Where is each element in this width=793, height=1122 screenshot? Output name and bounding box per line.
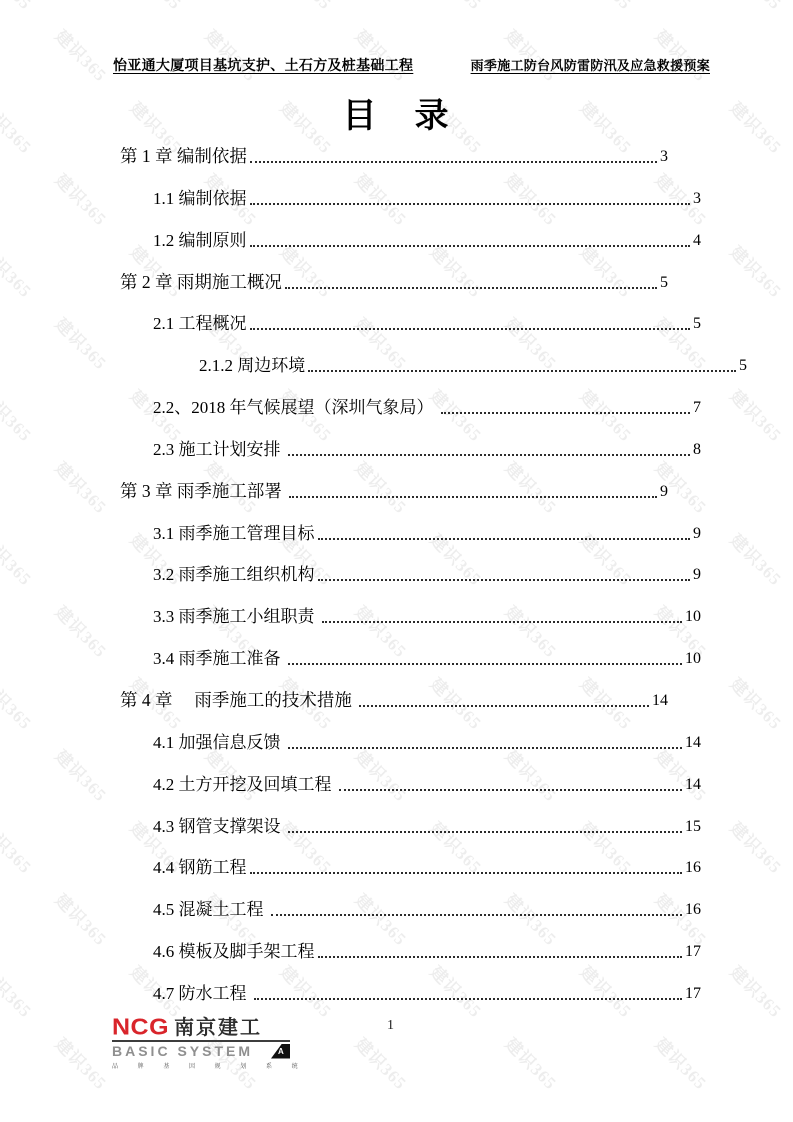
- toc-entry-page: 9: [693, 564, 701, 585]
- toc-entry-page: 14: [652, 690, 668, 711]
- toc-entry-label: 4.1 加强信息反馈: [153, 732, 285, 753]
- toc-entry-label: 第 2 章 雨期施工概况: [120, 272, 282, 293]
- toc-leader-dots: [254, 998, 682, 1000]
- toc-entry-page: 17: [685, 941, 701, 962]
- toc-entry[interactable]: 第 2 章 雨期施工概况 5: [120, 272, 668, 314]
- toc-entry[interactable]: 4.5 混凝土工程 16: [120, 899, 668, 941]
- toc-entry[interactable]: 4.3 钢管支撑架设 15: [120, 816, 668, 858]
- page-title: 目 录: [0, 97, 793, 138]
- toc-entry-page: 10: [685, 606, 701, 627]
- toc-leader-dots: [288, 747, 682, 749]
- toc-entry-label: 第 4 章 雨季施工的技术措施: [120, 690, 356, 711]
- toc-entry-label: 4.4 钢筋工程: [153, 857, 247, 878]
- page-number: 1: [0, 1018, 781, 1034]
- toc-entry-page: 3: [693, 188, 701, 209]
- toc-entry-page: 5: [660, 272, 668, 293]
- toc-entry-page: 3: [660, 146, 668, 167]
- toc-entry-page: 16: [685, 899, 701, 920]
- document-header: 怡亚通大厦项目基坑支护、土石方及桩基础工程 雨季施工防台风防雷防汛及应急救援预案: [113, 55, 710, 75]
- toc-entry-label: 3.1 雨季施工管理目标: [153, 523, 315, 544]
- toc-leader-dots: [322, 621, 682, 623]
- toc-leader-dots: [271, 914, 682, 916]
- toc-entry-label: 4.2 土方开挖及回填工程: [153, 774, 336, 795]
- toc-entry[interactable]: 4.1 加强信息反馈 14: [120, 732, 668, 774]
- toc-entry[interactable]: 2.2、2018 年气候展望（深圳气象局） 7: [120, 397, 668, 439]
- logo-tagline: 品 牌 基 因 规 划 系 统: [112, 1061, 290, 1070]
- toc-leader-dots: [318, 956, 683, 958]
- header-right-title: 雨季施工防台风防雷防汛及应急救援预案: [471, 55, 710, 74]
- toc-entry-label: 4.3 钢管支撑架设: [153, 816, 285, 837]
- toc-entry[interactable]: 3.2 雨季施工组织机构 9: [120, 564, 668, 606]
- toc-leader-dots: [250, 245, 691, 247]
- toc-entry[interactable]: 3.4 雨季施工准备 10: [120, 648, 668, 690]
- toc-leader-dots: [288, 831, 682, 833]
- toc-leader-dots: [318, 538, 691, 540]
- triangle-logo-icon: A: [271, 1044, 290, 1059]
- logo-subbrand-text: BASIC SYSTEM: [112, 1043, 253, 1059]
- toc-entry-page: 9: [660, 481, 668, 502]
- toc-entry-label: 1.1 编制依据: [153, 188, 247, 209]
- toc-entry-label: 1.2 编制原则: [153, 230, 247, 251]
- toc-entry-label: 3.3 雨季施工小组职责: [153, 606, 319, 627]
- toc-leader-dots: [250, 328, 691, 330]
- toc-leader-dots: [288, 663, 682, 665]
- toc-entry[interactable]: 第 4 章 雨季施工的技术措施 14: [120, 690, 668, 732]
- toc-list: 第 1 章 编制依据 3 1.1 编制依据 3 1.2 编制原则 4 第 2 章…: [120, 146, 668, 1025]
- toc-leader-dots: [250, 161, 657, 163]
- toc-leader-dots: [308, 370, 736, 372]
- toc-entry-label: 4.7 防水工程: [153, 983, 251, 1004]
- toc-entry-page: 8: [693, 439, 701, 460]
- logo-subbrand-row: BASIC SYSTEM A: [112, 1043, 290, 1059]
- toc-entry-page: 5: [693, 313, 701, 334]
- toc-leader-dots: [288, 454, 690, 456]
- toc-leader-dots: [339, 789, 682, 791]
- toc-entry[interactable]: 2.3 施工计划安排 8: [120, 439, 668, 481]
- toc-entry-page: 17: [685, 983, 701, 1004]
- toc-entry[interactable]: 1.1 编制依据 3: [120, 188, 668, 230]
- toc-leader-dots: [289, 496, 657, 498]
- document-page: 怡亚通大厦项目基坑支护、土石方及桩基础工程 雨季施工防台风防雷防汛及应急救援预案…: [0, 0, 793, 1122]
- toc-entry[interactable]: 4.2 土方开挖及回填工程 14: [120, 774, 668, 816]
- toc-entry-label: 第 1 章 编制依据: [120, 146, 247, 167]
- header-left-title: 怡亚通大厦项目基坑支护、土石方及桩基础工程: [113, 55, 413, 75]
- toc-entry-label: 2.2、2018 年气候展望（深圳气象局）: [153, 397, 438, 418]
- toc-entry-label: 第 3 章 雨季施工部署: [120, 481, 286, 502]
- toc-entry[interactable]: 2.1 工程概况 5: [120, 313, 668, 355]
- toc-entry-page: 9: [693, 523, 701, 544]
- toc-leader-dots: [318, 579, 691, 581]
- toc-entry-label: 2.3 施工计划安排: [153, 439, 285, 460]
- toc-entry[interactable]: 第 1 章 编制依据 3: [120, 146, 668, 188]
- toc-entry[interactable]: 4.4 钢筋工程 16: [120, 857, 668, 899]
- toc-entry[interactable]: 1.2 编制原则 4: [120, 230, 668, 272]
- toc-entry-label: 4.6 模板及脚手架工程: [153, 941, 315, 962]
- toc-entry-label: 2.1.2 周边环境: [199, 355, 305, 376]
- triangle-logo-letter: A: [278, 1048, 284, 1056]
- toc-entry-label: 2.1 工程概况: [153, 313, 247, 334]
- toc-leader-dots: [359, 705, 649, 707]
- toc-leader-dots: [441, 412, 690, 414]
- toc-entry-page: 14: [685, 774, 701, 795]
- toc-entry-label: 4.5 混凝土工程: [153, 899, 268, 920]
- toc-entry[interactable]: 3.1 雨季施工管理目标 9: [120, 523, 668, 565]
- toc-leader-dots: [285, 287, 657, 289]
- toc-leader-dots: [250, 203, 691, 205]
- toc-entry-page: 7: [693, 397, 701, 418]
- toc-entry-page: 16: [685, 857, 701, 878]
- toc-entry[interactable]: 第 3 章 雨季施工部署 9: [120, 481, 668, 523]
- toc-entry-label: 3.2 雨季施工组织机构: [153, 564, 315, 585]
- toc-entry[interactable]: 3.3 雨季施工小组职责 10: [120, 606, 668, 648]
- toc-entry-label: 3.4 雨季施工准备: [153, 648, 285, 669]
- toc-entry-page: 10: [685, 648, 701, 669]
- toc-entry-page: 4: [693, 230, 701, 251]
- toc-entry[interactable]: 2.1.2 周边环境 5: [120, 355, 668, 397]
- toc-leader-dots: [250, 872, 683, 874]
- toc-entry-page: 14: [685, 732, 701, 753]
- toc-entry-page: 15: [685, 816, 701, 837]
- toc-entry-page: 5: [739, 355, 747, 376]
- toc-entry[interactable]: 4.6 模板及脚手架工程 17: [120, 941, 668, 983]
